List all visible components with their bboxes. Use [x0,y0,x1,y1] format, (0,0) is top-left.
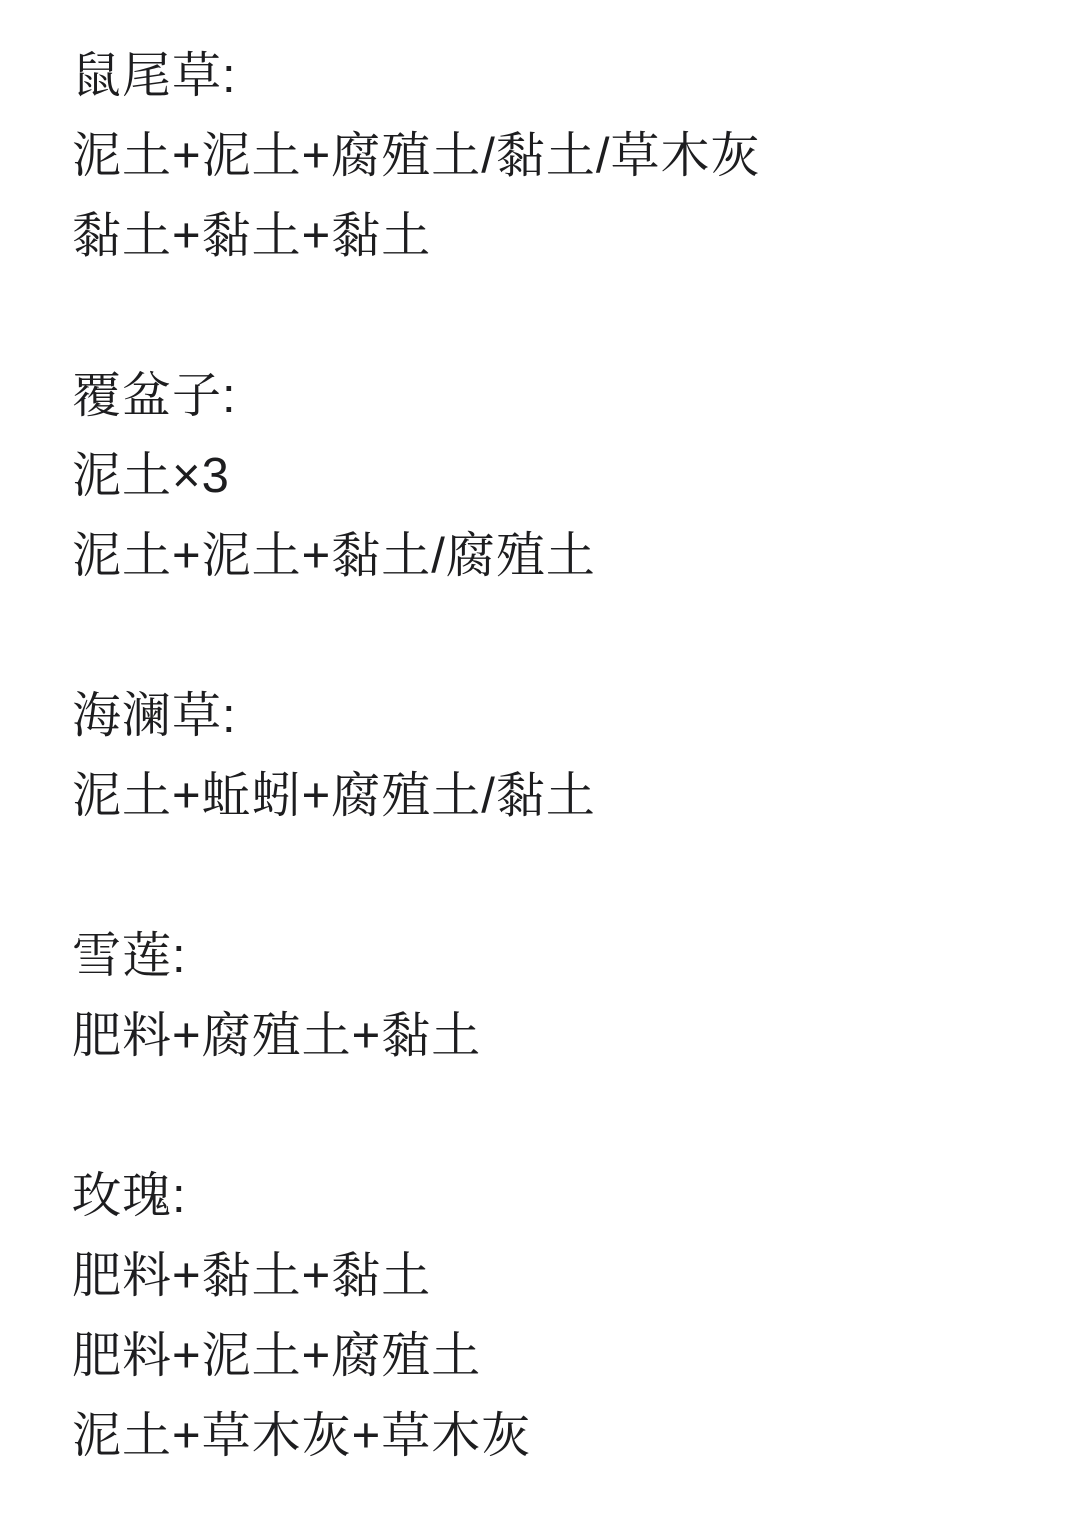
section-fupenzi: 覆盆子: 泥土×3 泥土+泥土+黏土/腐殖土 [72,356,1056,596]
section-title: 海澜草: [72,676,1056,756]
section-title: 覆盆子: [72,356,1056,436]
section-title: 玫瑰: [72,1156,1056,1236]
recipe-document: 鼠尾草: 泥土+泥土+腐殖土/黏土/草木灰 黏土+黏土+黏土 覆盆子: 泥土×3… [0,0,1080,1476]
recipe-line: 泥土×3 [72,436,1056,516]
recipe-line: 泥土+泥土+黏土/腐殖土 [72,516,1056,596]
recipe-line: 肥料+腐殖土+黏土 [72,996,1056,1076]
recipe-line: 肥料+泥土+腐殖土 [72,1316,1056,1396]
recipe-line: 泥土+泥土+腐殖土/黏土/草木灰 [72,116,1056,196]
section-xuelian: 雪莲: 肥料+腐殖土+黏土 [72,916,1056,1076]
recipe-line: 泥土+草木灰+草木灰 [72,1396,1056,1476]
section-hailancao: 海澜草: 泥土+蚯蚓+腐殖土/黏土 [72,676,1056,836]
recipe-line: 肥料+黏土+黏土 [72,1236,1056,1316]
recipe-line: 黏土+黏土+黏土 [72,196,1056,276]
recipe-line: 泥土+蚯蚓+腐殖土/黏土 [72,756,1056,836]
section-title: 雪莲: [72,916,1056,996]
section-shuweicao: 鼠尾草: 泥土+泥土+腐殖土/黏土/草木灰 黏土+黏土+黏土 [72,36,1056,276]
section-meigui: 玫瑰: 肥料+黏土+黏土 肥料+泥土+腐殖土 泥土+草木灰+草木灰 [72,1156,1056,1476]
section-title: 鼠尾草: [72,36,1056,116]
